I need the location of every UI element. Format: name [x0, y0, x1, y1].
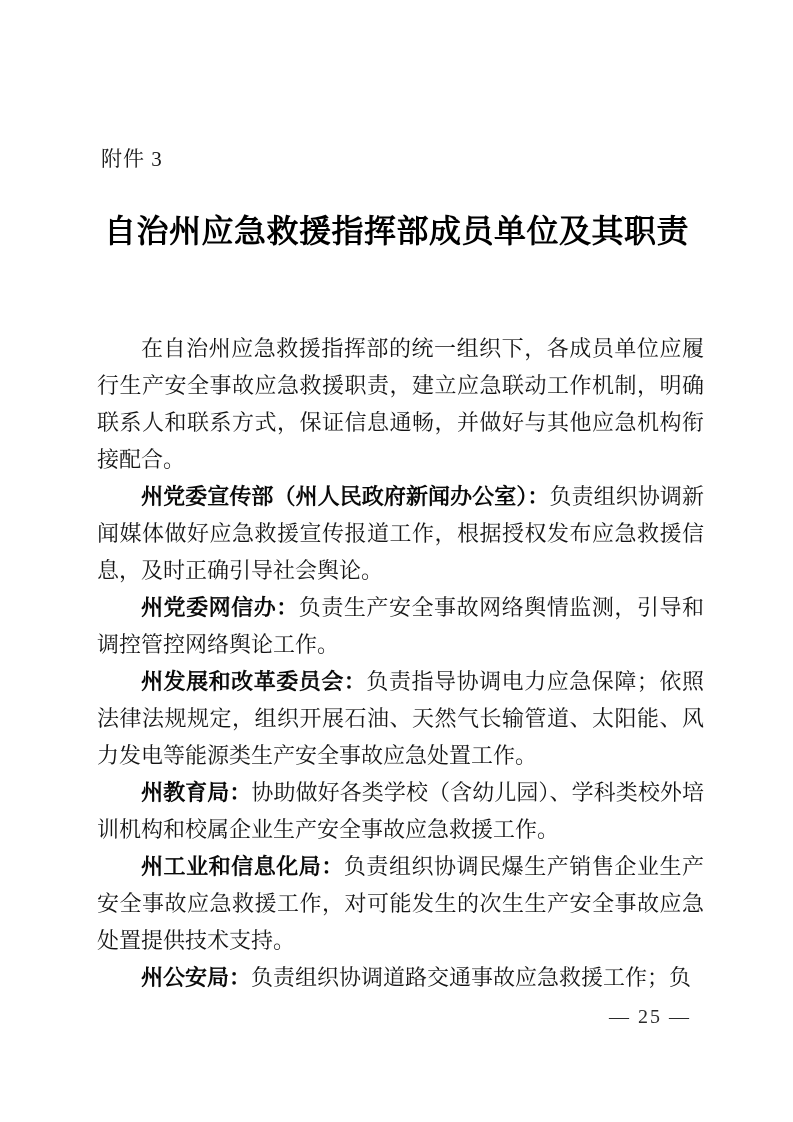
paragraph-propaganda-dept: 州党委宣传部（州人民政府新闻办公室）：负责组织协调新闻媒体做好应急救援宣传报道工…: [97, 478, 704, 589]
org-lead: 州发展和改革委员会：: [141, 669, 366, 694]
paragraph-public-security-bureau: 州公安局：负责组织协调道路交通事故应急救援工作；负: [97, 959, 704, 996]
org-lead: 州公安局：: [141, 965, 251, 990]
paragraph-text: 在自治州应急救援指挥部的统一组织下，各成员单位应履行生产安全事故应急救援职责，建…: [97, 336, 704, 472]
paragraph-industry-it-bureau: 州工业和信息化局：负责组织协调民爆生产销售企业生产安全事故应急救援工作，对可能发…: [97, 848, 704, 959]
org-lead: 州工业和信息化局：: [141, 854, 344, 879]
org-lead: 州教育局：: [141, 780, 251, 805]
attachment-label: 附件 3: [101, 146, 163, 172]
document-body: 在自治州应急救援指挥部的统一组织下，各成员单位应履行生产安全事故应急救援职责，建…: [97, 330, 704, 996]
paragraph-development-reform-commission: 州发展和改革委员会：负责指导协调电力应急保障；依照法律法规规定，组织开展石油、天…: [97, 663, 704, 774]
paragraph-education-bureau: 州教育局：协助做好各类学校（含幼儿园）、学科类校外培训机构和校属企业生产安全事故…: [97, 774, 704, 848]
org-lead: 州党委网信办：: [141, 595, 299, 620]
paragraph-cyberspace-office: 州党委网信办：负责生产安全事故网络舆情监测，引导和调控管控网络舆论工作。: [97, 589, 704, 663]
document-title: 自治州应急救援指挥部成员单位及其职责: [0, 211, 793, 251]
paragraph-intro: 在自治州应急救援指挥部的统一组织下，各成员单位应履行生产安全事故应急救援职责，建…: [97, 330, 704, 478]
document-page: 附件 3 自治州应急救援指挥部成员单位及其职责 在自治州应急救援指挥部的统一组织…: [0, 0, 793, 1122]
org-lead: 州党委宣传部（州人民政府新闻办公室）：: [141, 484, 550, 509]
page-number: — 25 —: [609, 1004, 691, 1030]
paragraph-text: 负责组织协调道路交通事故应急救援工作；负: [251, 965, 691, 990]
